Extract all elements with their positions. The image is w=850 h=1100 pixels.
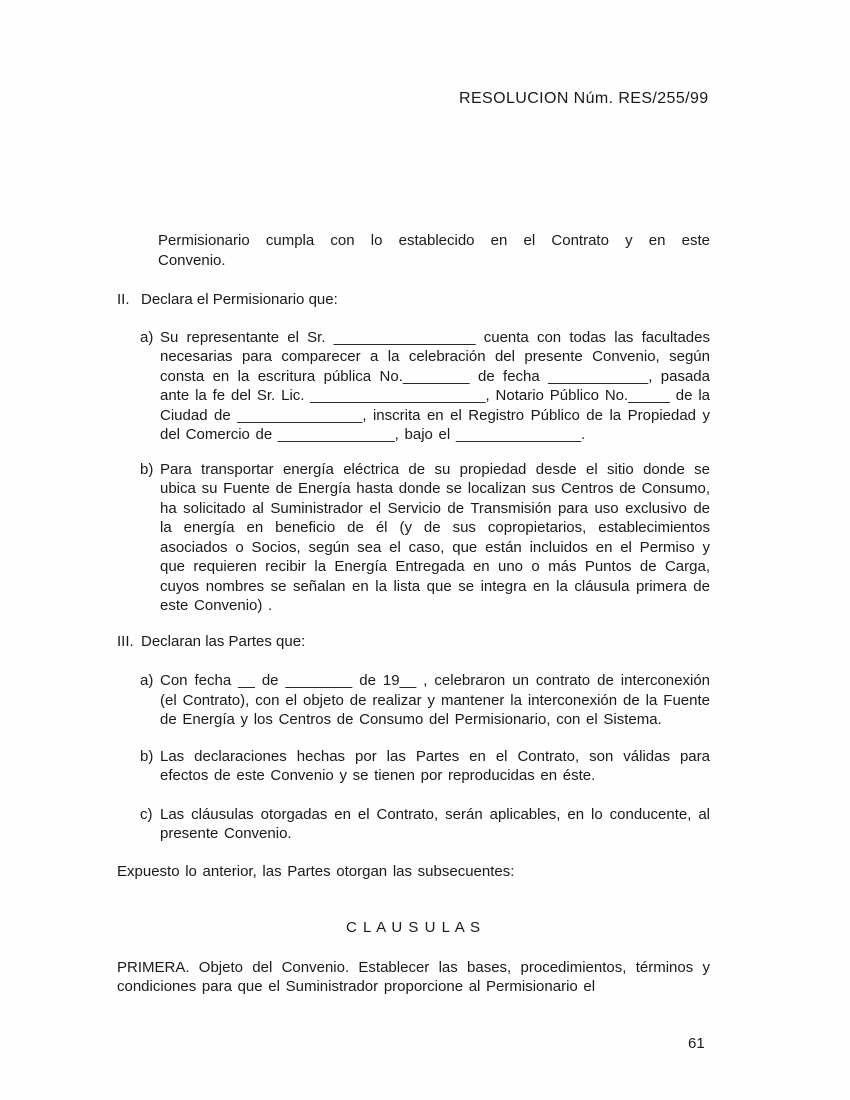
item-text: Su representante el Sr. ________________… xyxy=(160,328,710,445)
section-3-heading: III. Declaran las Partes que: xyxy=(117,632,710,652)
primera-paragraph: PRIMERA. Objeto del Convenio. Establecer… xyxy=(117,958,710,997)
intro-paragraph: Permisionario cumpla con lo establecido … xyxy=(158,231,710,270)
section-3-item-c: c) Las cláusulas otorgadas en el Contrat… xyxy=(117,805,710,844)
item-text: Con fecha __ de ________ de 19__ , celeb… xyxy=(160,671,710,730)
item-label: b) xyxy=(140,460,160,616)
item-label: c) xyxy=(140,805,160,844)
section-2-heading-text: Declara el Permisionario que: xyxy=(141,290,338,310)
section-2-heading: II. Declara el Permisionario que: xyxy=(117,290,710,310)
item-label: b) xyxy=(140,747,160,786)
item-text: Para transportar energía eléctrica de su… xyxy=(160,460,710,616)
section-3-label: III. xyxy=(117,632,141,652)
section-2-label: II. xyxy=(117,290,141,310)
document-body: Permisionario cumpla con lo establecido … xyxy=(117,231,710,997)
document-page: RESOLUCION Núm. RES/255/99 Permisionario… xyxy=(0,0,850,1100)
item-text: Las declaraciones hechas por las Partes … xyxy=(160,747,710,786)
clausulas-heading: C L A U S U L A S xyxy=(117,918,710,938)
section-2-item-a: a) Su representante el Sr. _____________… xyxy=(117,328,710,445)
item-label: a) xyxy=(140,671,160,730)
section-3-heading-text: Declaran las Partes que: xyxy=(141,632,305,652)
document-header: RESOLUCION Núm. RES/255/99 xyxy=(459,89,709,109)
section-3-item-a: a) Con fecha __ de ________ de 19__ , ce… xyxy=(117,671,710,730)
section-2-item-b: b) Para transportar energía eléctrica de… xyxy=(117,460,710,616)
item-label: a) xyxy=(140,328,160,445)
section-3-item-b: b) Las declaraciones hechas por las Part… xyxy=(117,747,710,786)
closing-paragraph: Expuesto lo anterior, las Partes otorgan… xyxy=(117,862,710,882)
item-text: Las cláusulas otorgadas en el Contrato, … xyxy=(160,805,710,844)
page-number: 61 xyxy=(688,1034,705,1054)
